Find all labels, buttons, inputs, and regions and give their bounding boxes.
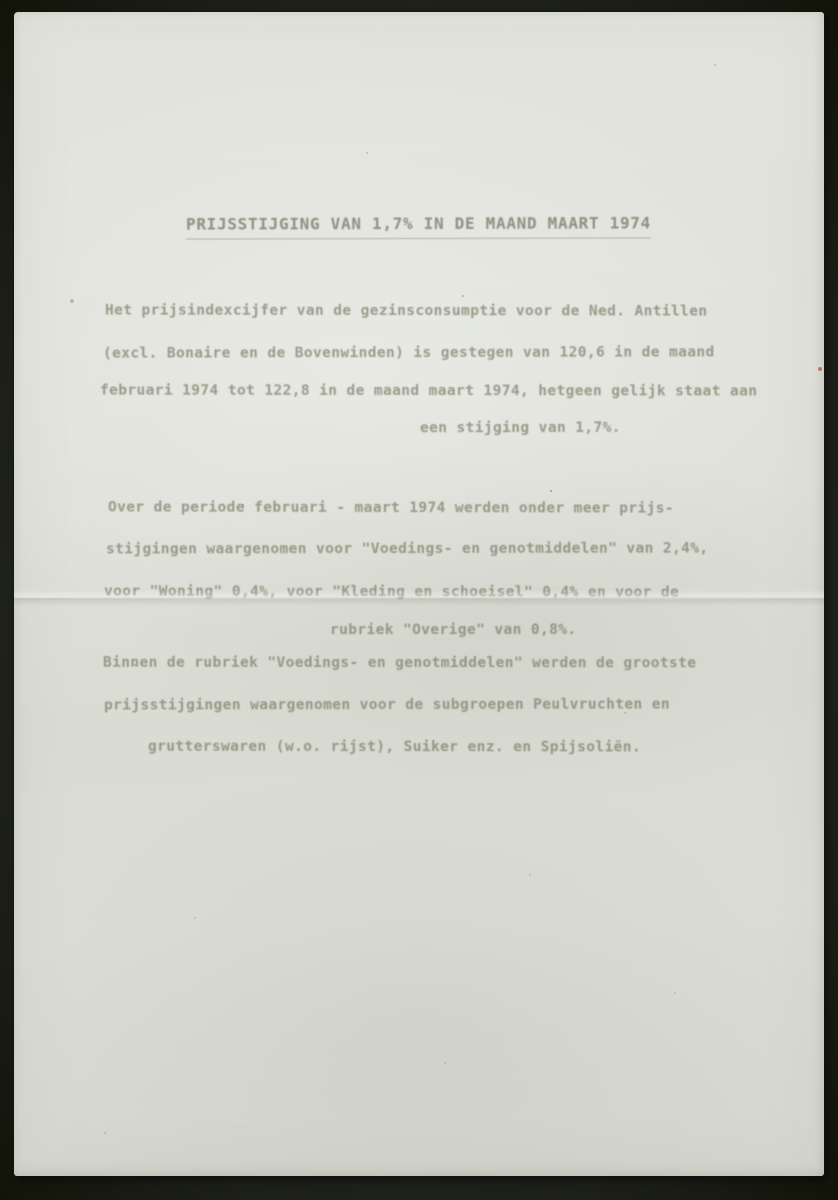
- paragraph-1-line-2: (excl. Bonaire en de Bovenwinden) is ges…: [103, 344, 715, 361]
- paragraph-2-line-1: Over de periode februari - maart 1974 we…: [108, 499, 674, 516]
- page-title: PRIJSSTIJGING VAN 1,7% IN DE MAAND MAART…: [186, 213, 651, 239]
- paragraph-1-line-4: een stijging van 1,7%.: [420, 420, 621, 436]
- paragraph-3-line-3: grutterswaren (w.o. rijst), Suiker enz. …: [148, 739, 641, 756]
- paragraph-2-line-2: stijgingen waargenomen voor "Voedings- e…: [106, 541, 709, 558]
- paragraph-1-line-3: februari 1974 tot 122,8 in de maand maar…: [100, 383, 757, 400]
- paragraph-3-line-1: Binnen de rubriek "Voedings- en genotmid…: [103, 655, 696, 672]
- paragraph-1-line-1: Het prijsindexcijfer van de gezinsconsum…: [105, 302, 708, 319]
- paragraph-2-line-4: rubriek "Overige" van 0,8%.: [330, 622, 577, 638]
- dust-specks: [14, 12, 16, 14]
- paper-sheet: PRIJSSTIJGING VAN 1,7% IN DE MAAND MAART…: [14, 12, 824, 1176]
- paragraph-3-line-2: prijsstijgingen waargenomen voor de subg…: [104, 697, 670, 714]
- fold-crease-line: [14, 598, 824, 600]
